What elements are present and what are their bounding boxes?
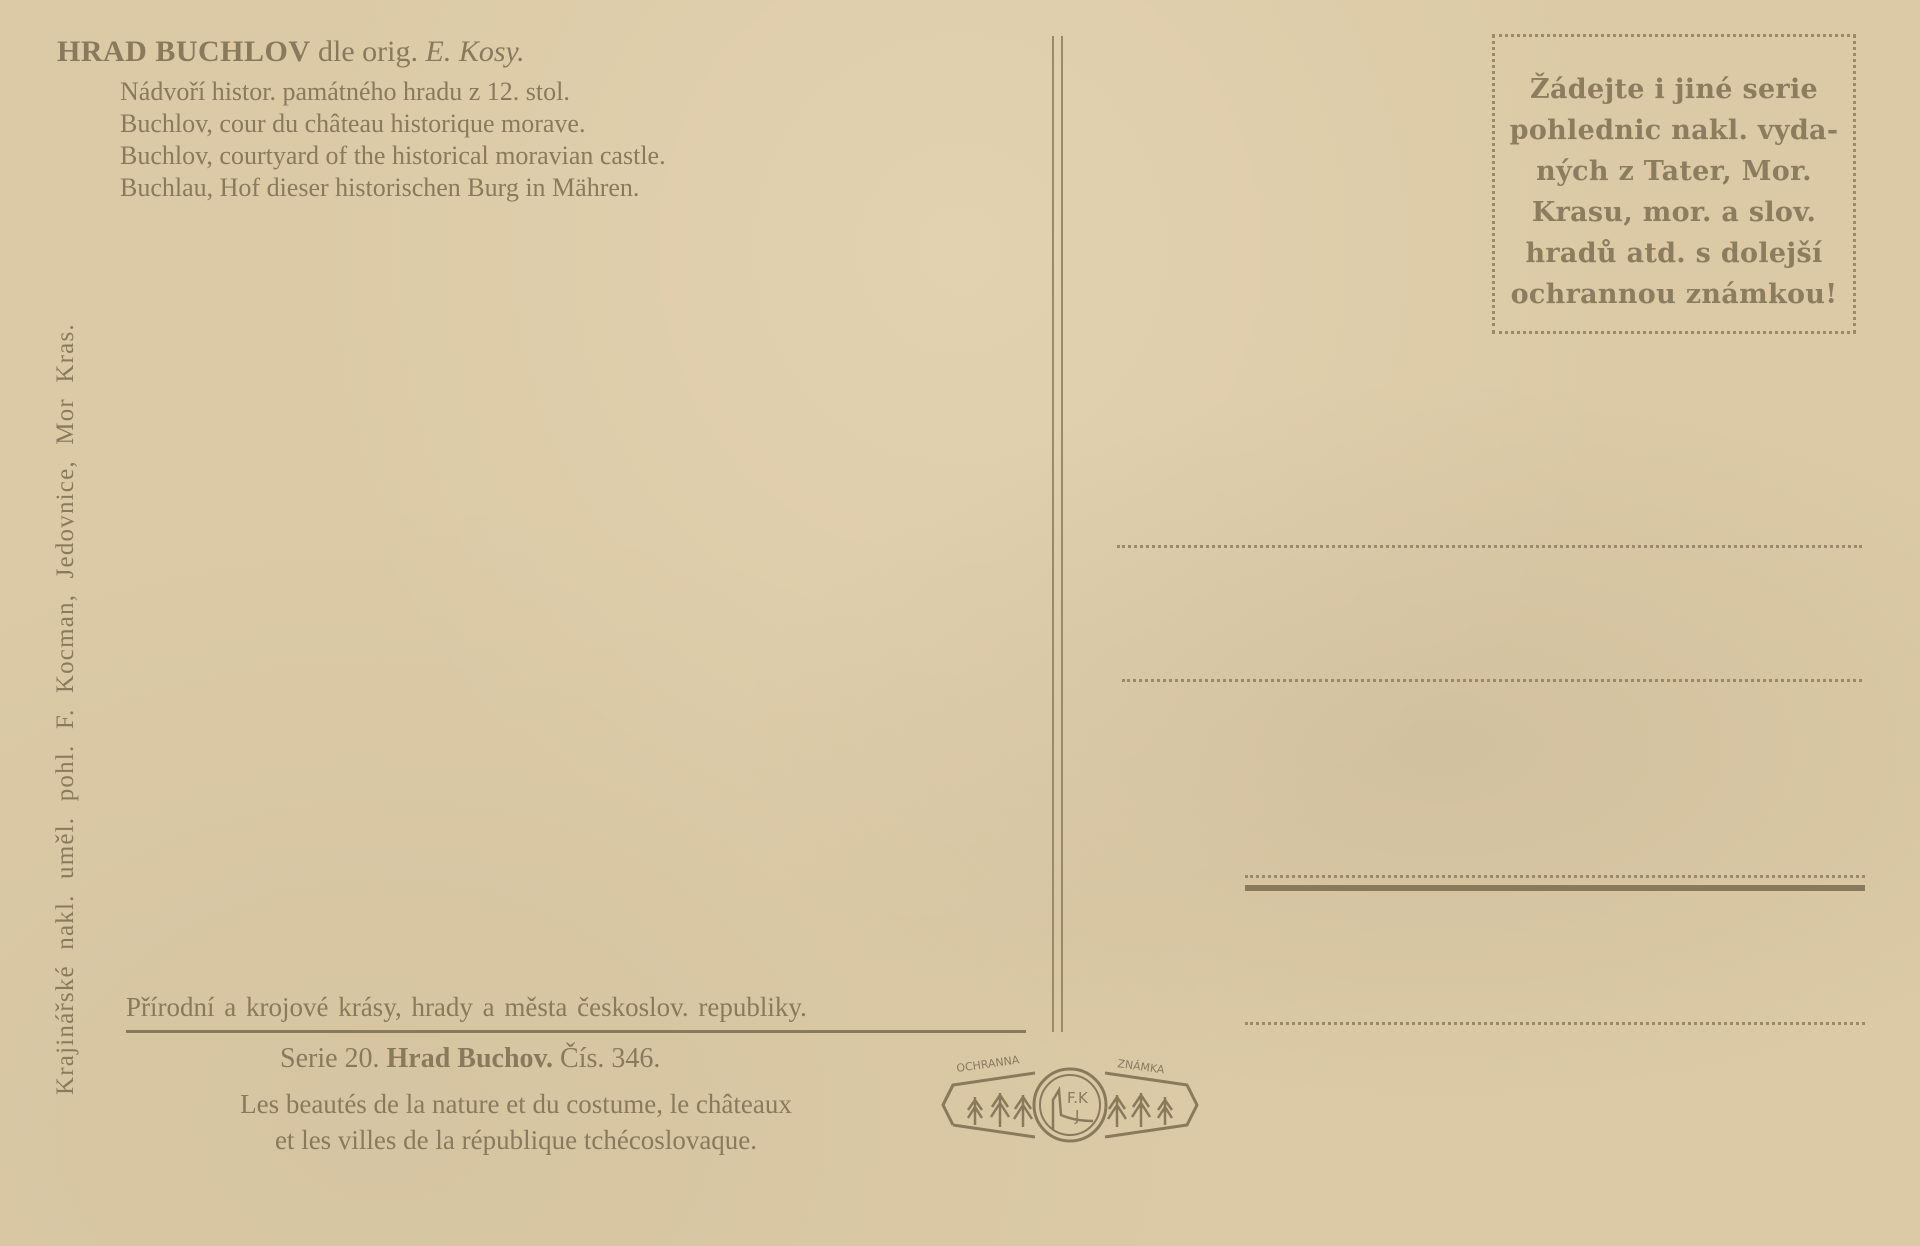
divider-line-left: [1052, 36, 1054, 1032]
french-line-2: et les villes de la république tchécoslo…: [126, 1122, 906, 1158]
emblem-monogram-fk: F.K: [1067, 1089, 1089, 1107]
series-french-text: Les beautés de la nature et du costume, …: [126, 1086, 906, 1158]
postcard-title: HRAD BUCHLOV dle orig. E. Kosy.: [57, 35, 525, 69]
stamp-line-3: ných z Tater, Mor.: [1495, 151, 1853, 192]
publisher-imprint: Krajinářské nakl. uměl. pohl. F. Kocman,…: [52, 323, 80, 1095]
stamp-line-1: Žádejte i jiné serie: [1495, 69, 1853, 110]
series-number-line: Serie 20. Hrad Buchov. Čís. 346.: [280, 1043, 660, 1075]
emblem-text-ochranna: OCHRANNÁ: [956, 1055, 1021, 1075]
stamp-line-2: pohlednic nakl. vyda-: [1495, 110, 1853, 151]
emblem-monogram-j: J: [1074, 1107, 1079, 1125]
caption-french: Buchlov, cour du château historique mora…: [120, 108, 666, 140]
stamp-box-text: Žádejte i jiné serie pohlednic nakl. vyd…: [1495, 69, 1853, 315]
title-artist: E. Kosy.: [426, 35, 525, 68]
address-solid-rule: [1245, 885, 1865, 891]
caption-block: Nádvoří histor. památného hradu z 12. st…: [120, 76, 666, 204]
title-castle-name: HRAD BUCHLOV: [57, 35, 311, 68]
series-heading: Přírodní a krojové krásy, hrady a města …: [126, 992, 807, 1023]
emblem-text-znamka: ZNÁMKA: [1117, 1057, 1166, 1077]
stamp-line-4: Krasu, mor. a slov.: [1495, 192, 1853, 233]
stamp-box: Žádejte i jiné serie pohlednic nakl. vyd…: [1492, 34, 1856, 334]
title-after-original: dle orig.: [311, 35, 426, 68]
address-line-1: [1117, 545, 1862, 548]
caption-german: Buchlau, Hof dieser historischen Burg in…: [120, 172, 666, 204]
divider-line-right: [1061, 36, 1063, 1032]
series-card-number: Čís. 346.: [553, 1043, 660, 1074]
series-prefix: Serie 20.: [280, 1043, 387, 1074]
stamp-line-6: ochrannou známkou!: [1495, 274, 1853, 315]
series-underline: [126, 1030, 1026, 1033]
address-line-3: [1245, 875, 1865, 878]
french-line-1: Les beautés de la nature et du costume, …: [126, 1086, 906, 1122]
series-name: Hrad Buchov.: [387, 1043, 553, 1074]
address-line-4: [1245, 1022, 1865, 1025]
stamp-line-5: hradů atd. s dolejší: [1495, 233, 1853, 274]
address-line-2: [1122, 679, 1862, 682]
trademark-emblem-icon: OCHRANNÁ ZNÁMKA F.K J: [935, 1055, 1205, 1155]
caption-english: Buchlov, courtyard of the historical mor…: [120, 140, 666, 172]
caption-czech: Nádvoří histor. památného hradu z 12. st…: [120, 76, 666, 108]
